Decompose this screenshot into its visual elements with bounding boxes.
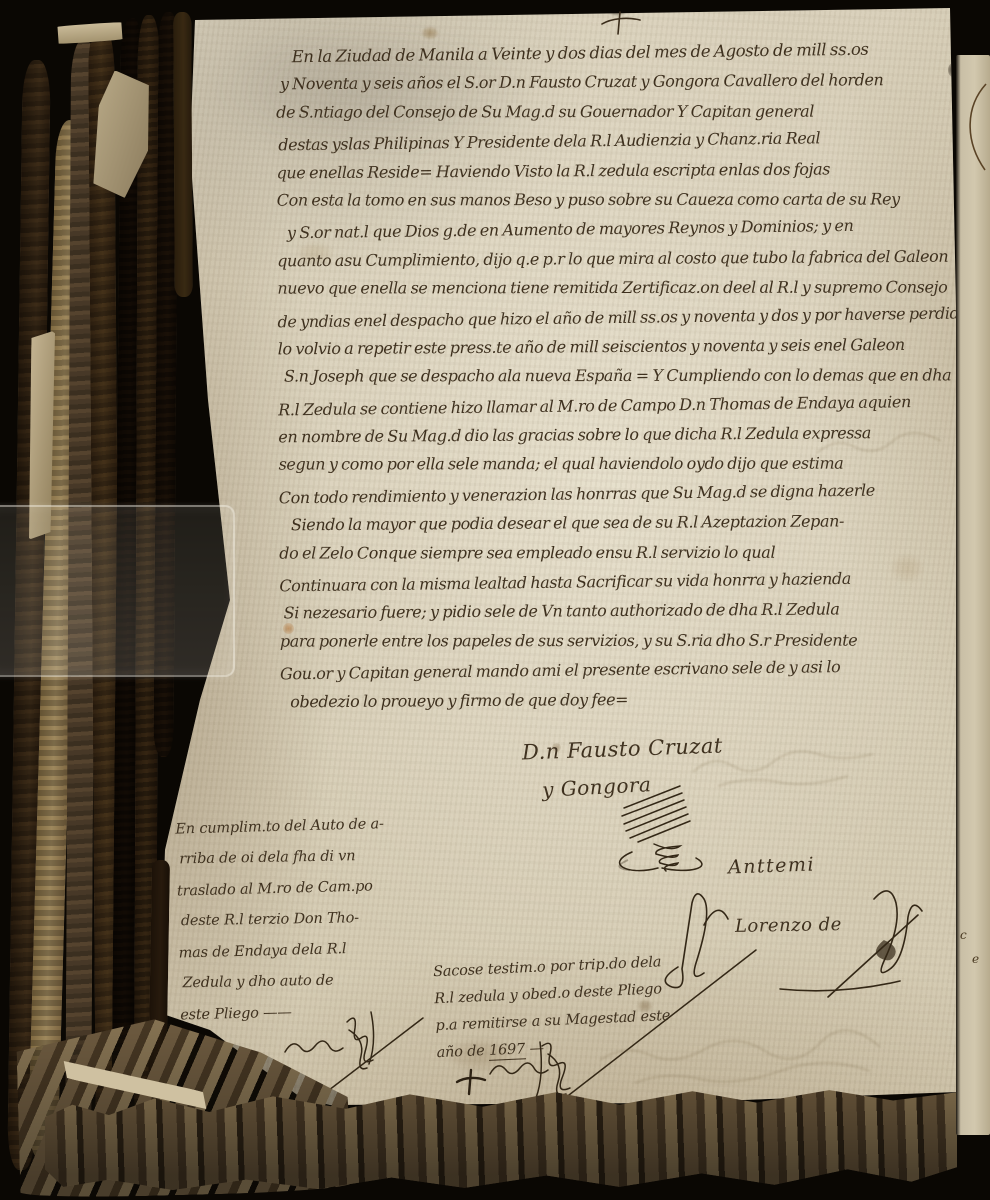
acrylic-page-holder <box>0 505 235 677</box>
next-page-ink-mark: e <box>972 952 979 966</box>
loose-paper-sliver <box>57 22 122 44</box>
bleedthrough-marks <box>688 742 903 790</box>
margin-note-line: deste R.l terzio Don Tho- <box>178 909 448 945</box>
invocation-cross-icon <box>600 10 642 36</box>
scribe-signature-flourish <box>648 885 948 1000</box>
spine-page-edges <box>173 12 192 297</box>
bleedthrough-marks <box>812 425 947 473</box>
margin-note: En cumplim.to del Auto de a- rriba de oi… <box>175 815 451 1039</box>
governor-rubric-flourish <box>618 780 718 872</box>
archival-photo-scene: En la Ziudad de Manila a Veinte y dos di… <box>0 0 990 1200</box>
manuscript-body: En la Ziudad de Manila a Veinte y dos di… <box>276 41 957 722</box>
margin-note-line: rriba de oi dela fha di vn <box>176 847 446 883</box>
fox-spot <box>422 27 438 39</box>
next-page-ink-mark: c <box>960 928 967 942</box>
bleedthrough-marks <box>595 1035 910 1097</box>
next-page-edge <box>956 55 990 1135</box>
next-page-pen-curve <box>958 80 990 175</box>
bottom-cross-icon <box>455 1068 487 1096</box>
manuscript-line: nuevo que enella se menciona tiene remit… <box>277 278 953 309</box>
manuscript-line: S.n Joseph que se despacho ala nueva Esp… <box>278 366 954 397</box>
margin-note-line: Zedula y dho auto de <box>179 971 449 1007</box>
ante-mi-label: Anttemi <box>728 853 816 878</box>
